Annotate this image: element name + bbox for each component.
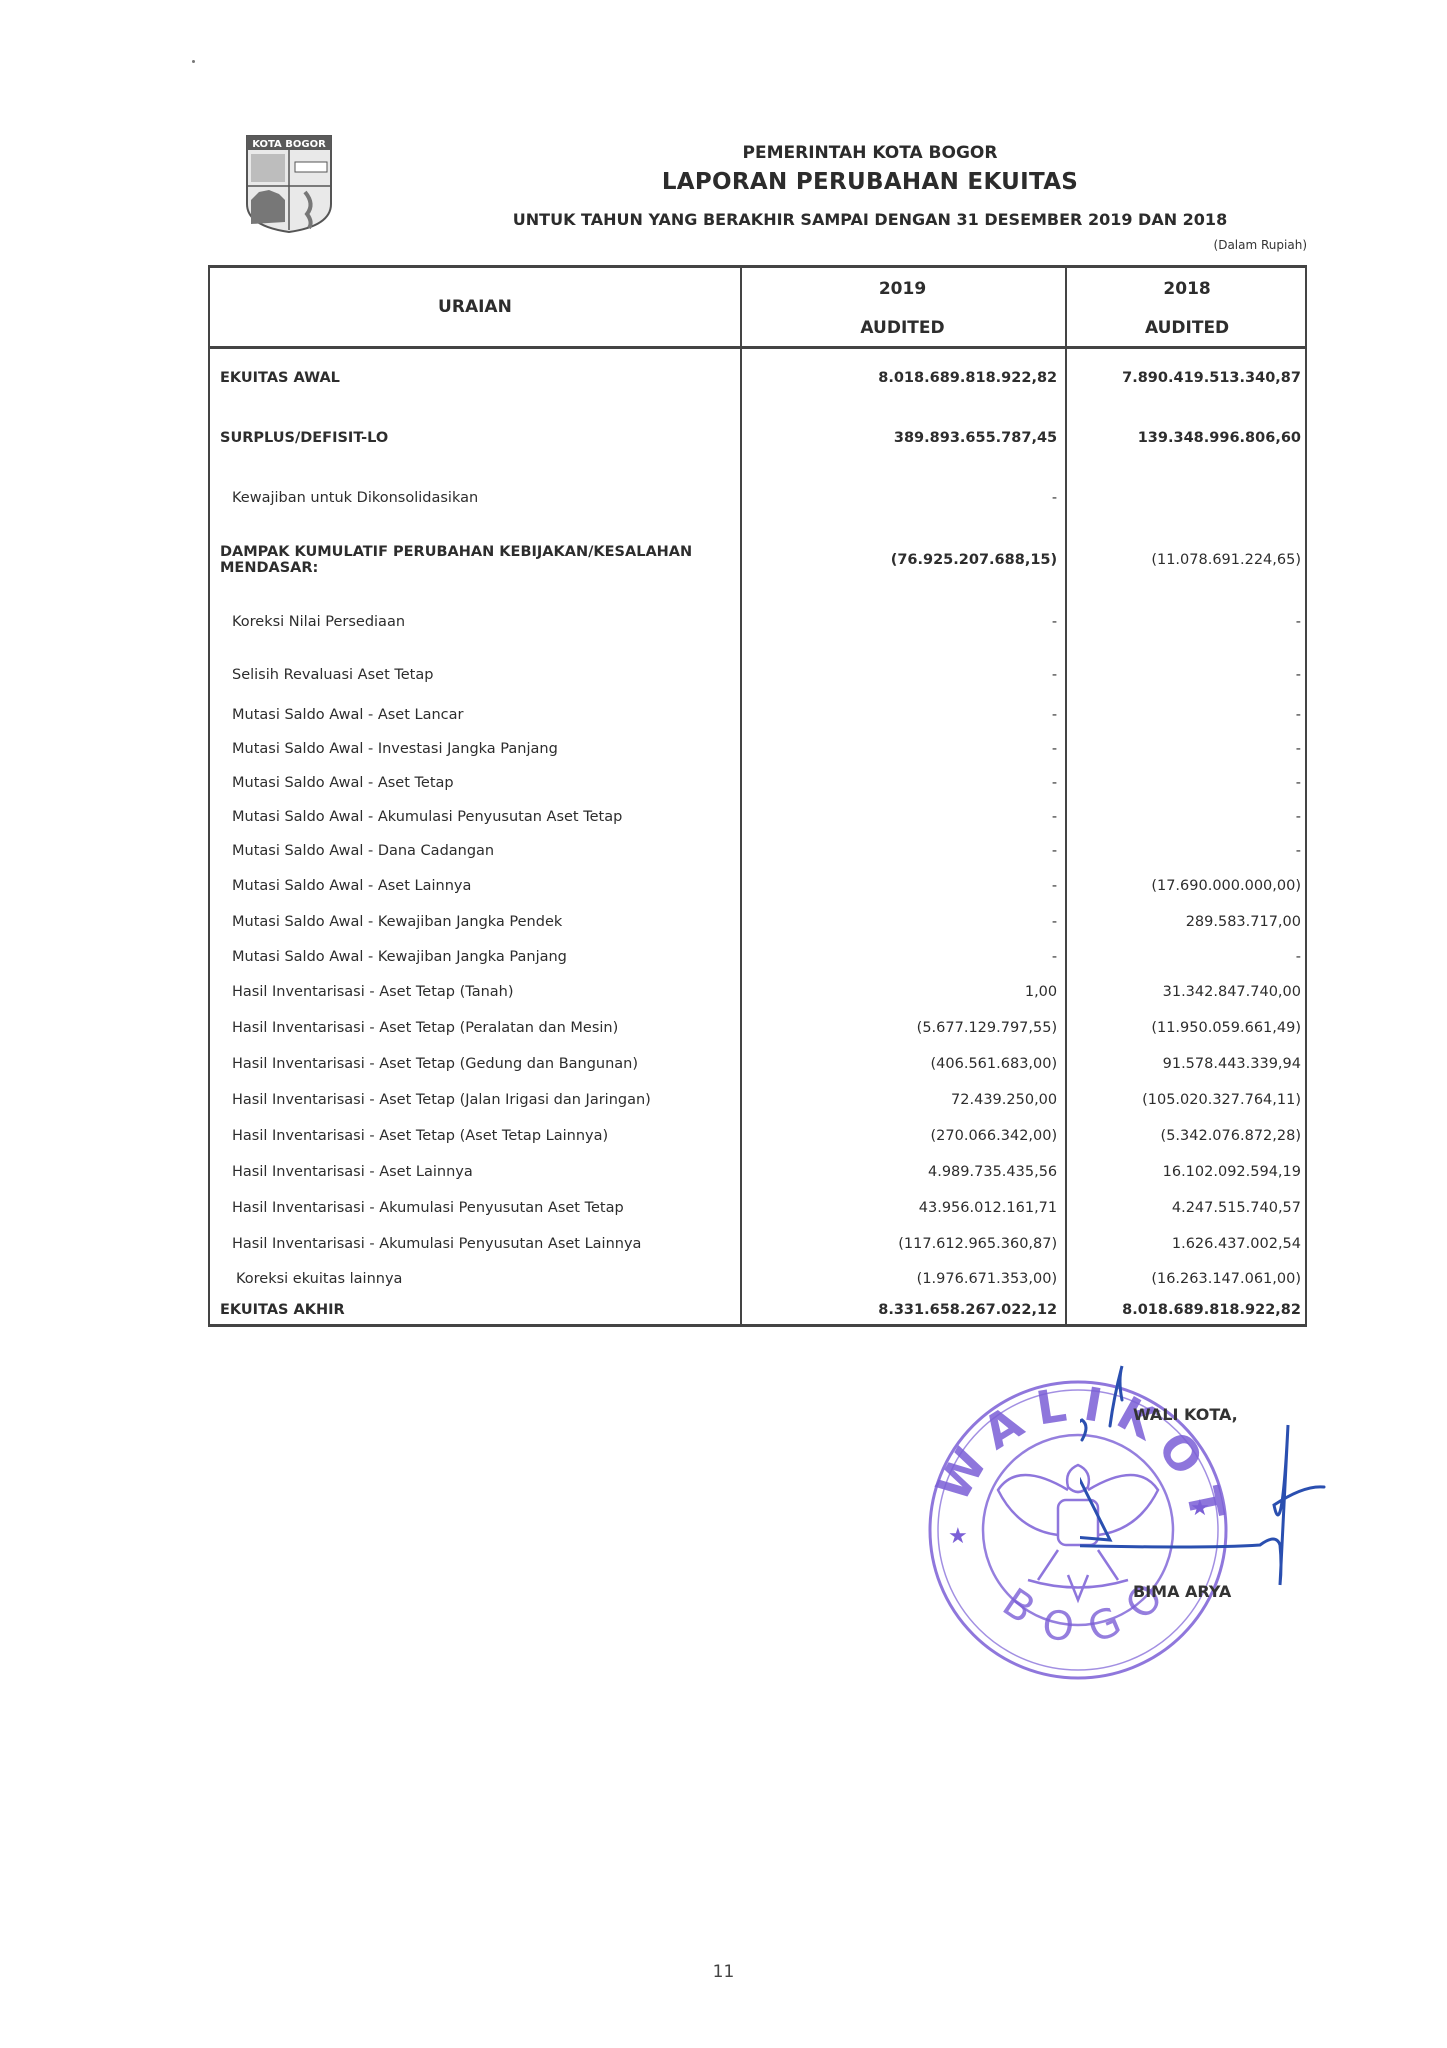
- value-2018: 8.018.689.818.922,82: [1066, 1296, 1306, 1326]
- value-2018: 16.102.092.594,19: [1066, 1154, 1306, 1190]
- row-label: Selisih Revaluasi Aset Tetap: [209, 652, 741, 698]
- table-row: Koreksi Nilai Persediaan--: [209, 592, 1306, 652]
- table-row: Selisih Revaluasi Aset Tetap--: [209, 652, 1306, 698]
- table-header-row: URAIAN 2019 AUDITED 2018 AUDITED: [209, 267, 1306, 348]
- value-2018: -: [1066, 834, 1306, 868]
- row-label: Hasil Inventarisasi - Aset Lainnya: [209, 1154, 741, 1190]
- table-row: Mutasi Saldo Awal - Akumulasi Penyusutan…: [209, 800, 1306, 834]
- value-2019: 8.018.689.818.922,82: [741, 348, 1066, 408]
- table-row: Koreksi ekuitas lainnya(1.976.671.353,00…: [209, 1262, 1306, 1296]
- value-2018: (105.020.327.764,11): [1066, 1082, 1306, 1118]
- value-2019: -: [741, 904, 1066, 940]
- row-label: Mutasi Saldo Awal - Investasi Jangka Pan…: [209, 732, 741, 766]
- table-row: SURPLUS/DEFISIT-LO389.893.655.787,45139.…: [209, 408, 1306, 468]
- value-2019: (406.561.683,00): [741, 1046, 1066, 1082]
- value-2018: -: [1066, 800, 1306, 834]
- table-row: Kewajiban untuk Dikonsolidasikan-: [209, 468, 1306, 528]
- row-label: Mutasi Saldo Awal - Kewajiban Jangka Pan…: [209, 940, 741, 974]
- document-page: KOTA BOGOR PEMERINTAH KOTA BOGOR LAPORAN…: [0, 0, 1447, 2048]
- value-2018: -: [1066, 698, 1306, 732]
- value-2019: (270.066.342,00): [741, 1118, 1066, 1154]
- report-title: LAPORAN PERUBAHAN EKUITAS: [330, 169, 1410, 195]
- table-row: Mutasi Saldo Awal - Aset Lancar--: [209, 698, 1306, 732]
- table-row: Hasil Inventarisasi - Akumulasi Penyusut…: [209, 1226, 1306, 1262]
- value-2019: 1,00: [741, 974, 1066, 1010]
- row-label: Koreksi ekuitas lainnya: [209, 1262, 741, 1296]
- signature-icon: [1080, 1360, 1380, 1600]
- value-2018: -: [1066, 652, 1306, 698]
- value-2019: -: [741, 652, 1066, 698]
- row-label: Hasil Inventarisasi - Akumulasi Penyusut…: [209, 1190, 741, 1226]
- equity-changes-table: URAIAN 2019 AUDITED 2018 AUDITED EKUITAS…: [208, 265, 1307, 1327]
- value-2018: 31.342.847.740,00: [1066, 974, 1306, 1010]
- scan-speck: [192, 60, 195, 63]
- table-row: Hasil Inventarisasi - Aset Tetap (Jalan …: [209, 1082, 1306, 1118]
- row-label: Mutasi Saldo Awal - Dana Cadangan: [209, 834, 741, 868]
- row-label: Hasil Inventarisasi - Aset Tetap (Jalan …: [209, 1082, 741, 1118]
- value-2019: -: [741, 468, 1066, 528]
- page-number: 11: [0, 1962, 1447, 1982]
- table-row: Hasil Inventarisasi - Akumulasi Penyusut…: [209, 1190, 1306, 1226]
- table-row: Mutasi Saldo Awal - Kewajiban Jangka Pen…: [209, 904, 1306, 940]
- value-2018: 4.247.515.740,57: [1066, 1190, 1306, 1226]
- value-2019: (5.677.129.797,55): [741, 1010, 1066, 1046]
- row-label: SURPLUS/DEFISIT-LO: [209, 408, 741, 468]
- value-2019: (76.925.207.688,15): [741, 528, 1066, 592]
- value-2019: -: [741, 592, 1066, 652]
- row-label: Hasil Inventarisasi - Aset Tetap (Aset T…: [209, 1118, 741, 1154]
- value-2018: 91.578.443.339,94: [1066, 1046, 1306, 1082]
- value-2018: -: [1066, 766, 1306, 800]
- value-2018: (17.690.000.000,00): [1066, 868, 1306, 904]
- table-row: Mutasi Saldo Awal - Dana Cadangan--: [209, 834, 1306, 868]
- value-2019: -: [741, 766, 1066, 800]
- table-row: Mutasi Saldo Awal - Kewajiban Jangka Pan…: [209, 940, 1306, 974]
- row-label: Mutasi Saldo Awal - Aset Tetap: [209, 766, 741, 800]
- row-label: EKUITAS AKHIR: [209, 1296, 741, 1326]
- signatory-title: WALI KOTA,: [1133, 1405, 1238, 1424]
- value-2018: -: [1066, 940, 1306, 974]
- table-row: DAMPAK KUMULATIF PERUBAHAN KEBIJAKAN/KES…: [209, 528, 1306, 592]
- table-row: Hasil Inventarisasi - Aset Tetap (Aset T…: [209, 1118, 1306, 1154]
- svg-text:★: ★: [948, 1524, 968, 1549]
- value-2019: -: [741, 800, 1066, 834]
- table-row: EKUITAS AWAL8.018.689.818.922,827.890.41…: [209, 348, 1306, 408]
- row-label: Koreksi Nilai Persediaan: [209, 592, 741, 652]
- value-2018: (11.078.691.224,65): [1066, 528, 1306, 592]
- table-row: Hasil Inventarisasi - Aset Lainnya4.989.…: [209, 1154, 1306, 1190]
- value-2019: 72.439.250,00: [741, 1082, 1066, 1118]
- table-row: Mutasi Saldo Awal - Aset Tetap--: [209, 766, 1306, 800]
- value-2019: 8.331.658.267.022,12: [741, 1296, 1066, 1326]
- table-row: Hasil Inventarisasi - Aset Tetap (Perala…: [209, 1010, 1306, 1046]
- row-label: Mutasi Saldo Awal - Aset Lancar: [209, 698, 741, 732]
- value-2019: -: [741, 834, 1066, 868]
- government-name: PEMERINTAH KOTA BOGOR: [330, 143, 1410, 163]
- value-2018: (16.263.147.061,00): [1066, 1262, 1306, 1296]
- value-2018: 139.348.996.806,60: [1066, 408, 1306, 468]
- value-2018: -: [1066, 732, 1306, 766]
- value-2019: -: [741, 698, 1066, 732]
- table-row: Hasil Inventarisasi - Aset Tetap (Gedung…: [209, 1046, 1306, 1082]
- row-label: Mutasi Saldo Awal - Kewajiban Jangka Pen…: [209, 904, 741, 940]
- value-2019: 4.989.735.435,56: [741, 1154, 1066, 1190]
- report-subtitle: UNTUK TAHUN YANG BERAKHIR SAMPAI DENGAN …: [330, 210, 1410, 229]
- value-2018: (11.950.059.661,49): [1066, 1010, 1306, 1046]
- value-2018: [1066, 468, 1306, 528]
- value-2019: (117.612.965.360,87): [741, 1226, 1066, 1262]
- row-label: DAMPAK KUMULATIF PERUBAHAN KEBIJAKAN/KES…: [209, 528, 741, 592]
- value-2019: -: [741, 732, 1066, 766]
- value-2018: 1.626.437.002,54: [1066, 1226, 1306, 1262]
- table-row: EKUITAS AKHIR8.331.658.267.022,128.018.6…: [209, 1296, 1306, 1326]
- value-2019: -: [741, 940, 1066, 974]
- row-label: EKUITAS AWAL: [209, 348, 741, 408]
- row-label: Hasil Inventarisasi - Akumulasi Penyusut…: [209, 1226, 741, 1262]
- kota-bogor-crest-icon: KOTA BOGOR: [245, 134, 333, 234]
- value-2019: (1.976.671.353,00): [741, 1262, 1066, 1296]
- column-header-2019: 2019 AUDITED: [741, 267, 1066, 348]
- row-label: Hasil Inventarisasi - Aset Tetap (Gedung…: [209, 1046, 741, 1082]
- column-header-description: URAIAN: [209, 267, 741, 348]
- table-row: Hasil Inventarisasi - Aset Tetap (Tanah)…: [209, 974, 1306, 1010]
- value-2018: 7.890.419.513.340,87: [1066, 348, 1306, 408]
- row-label: Hasil Inventarisasi - Aset Tetap (Perala…: [209, 1010, 741, 1046]
- value-2018: 289.583.717,00: [1066, 904, 1306, 940]
- value-2019: 43.956.012.161,71: [741, 1190, 1066, 1226]
- value-2019: 389.893.655.787,45: [741, 408, 1066, 468]
- row-label: Mutasi Saldo Awal - Aset Lainnya: [209, 868, 741, 904]
- svg-text:KOTA BOGOR: KOTA BOGOR: [252, 139, 326, 150]
- row-label: Mutasi Saldo Awal - Akumulasi Penyusutan…: [209, 800, 741, 834]
- value-2018: -: [1066, 592, 1306, 652]
- column-header-2018: 2018 AUDITED: [1066, 267, 1306, 348]
- table-row: Mutasi Saldo Awal - Investasi Jangka Pan…: [209, 732, 1306, 766]
- row-label: Hasil Inventarisasi - Aset Tetap (Tanah): [209, 974, 741, 1010]
- value-2018: (5.342.076.872,28): [1066, 1118, 1306, 1154]
- currency-unit-note: (Dalam Rupiah): [1214, 238, 1307, 252]
- value-2019: -: [741, 868, 1066, 904]
- table-row: Mutasi Saldo Awal - Aset Lainnya-(17.690…: [209, 868, 1306, 904]
- signatory-name: BIMA ARYA: [1133, 1582, 1231, 1601]
- row-label: Kewajiban untuk Dikonsolidasikan: [209, 468, 741, 528]
